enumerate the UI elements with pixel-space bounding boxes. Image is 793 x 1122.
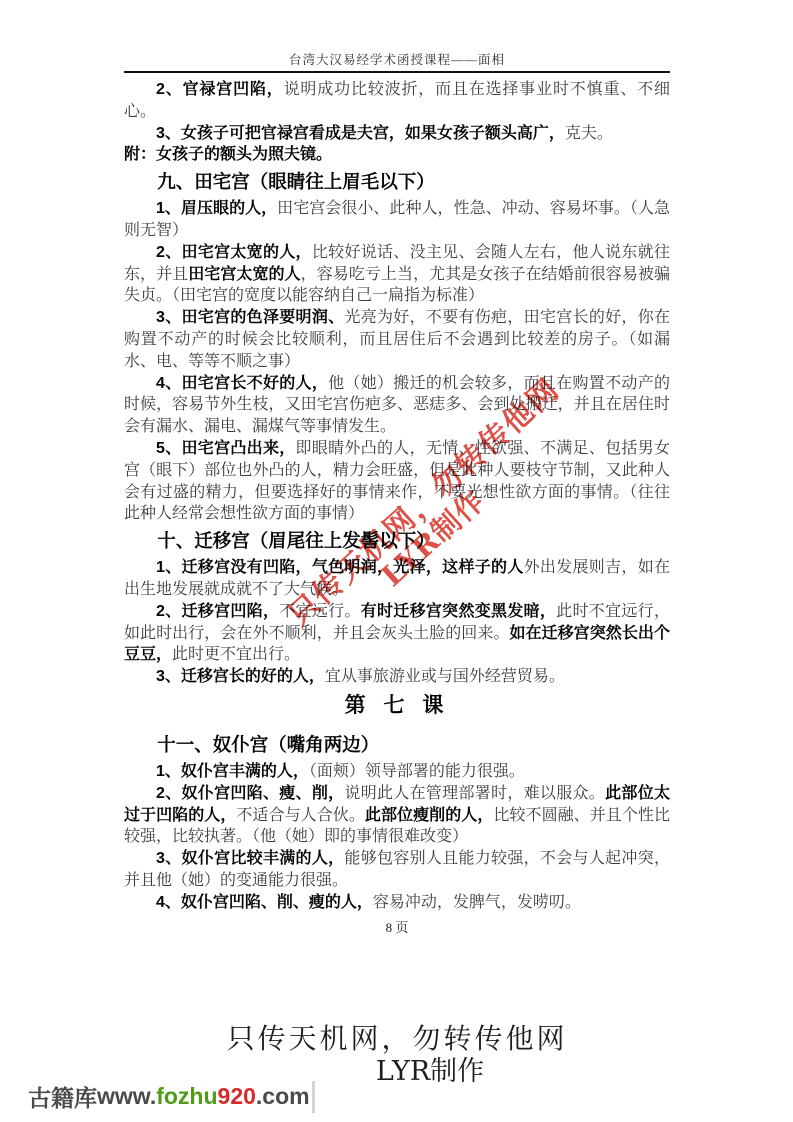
paragraph: 2、官禄宫凹陷，说明成功比较波折，而且在选择事业时不慎重、不细心。: [124, 79, 670, 123]
bold-text: 附：女孩子的额头为照夫镜。: [124, 146, 332, 163]
bold-text: 1、奴仆宫丰满的人，: [156, 763, 309, 780]
paragraph: 3、田宅宫的色泽要明润、光亮为好，不要有伤疤，田宅宫长的好，你在购置不动产的时候…: [124, 307, 670, 372]
paragraph: 4、奴仆宫凹陷、削、瘦的人，容易冲动，发脾气，发唠叨。: [124, 892, 670, 914]
bold-text: 3、田宅宫的色泽要明润、: [156, 309, 344, 326]
paragraph: 3、奴仆宫比较丰满的人，能够包容别人且能力较强，不会与人起冲突，并且他（她）的变…: [124, 848, 670, 892]
paragraph: 附：女孩子的额头为照夫镜。: [124, 144, 670, 166]
paragraph: 3、女孩子可把官禄宫看成是夫宫，如果女孩子额头高广，克夫。: [124, 123, 670, 145]
bold-text: 第 七 课: [345, 694, 450, 717]
paragraph: 2、奴仆宫凹陷、瘦、削，说明此人在管理部署时，难以服众。此部位太过于凹陷的人，不…: [124, 783, 670, 848]
bold-text: 有时迁移宫突然变黑发暗，: [361, 603, 557, 620]
footer-watermark: 只传天机网，勿转传他网 LYR制作: [124, 1022, 670, 1088]
header-divider: [124, 71, 670, 73]
site-logo-www: www.: [97, 1083, 156, 1110]
regular-text: 说明此人在管理部署时，难以服众。: [344, 785, 605, 802]
site-logo-tld: .com: [256, 1083, 310, 1110]
bold-text: 1、迁移宫没有凹陷，气色明润，光泽，这样子的人: [156, 559, 524, 576]
course-header-title: 台湾大汉易经学术函授课程——面相: [124, 50, 670, 68]
paragraph: 1、眉压眼的人，田宅宫会很小、此种人，性急、冲动、容易坏事。（人急则无智）: [124, 198, 670, 242]
bold-text: 2、迁移宫凹陷，: [156, 603, 279, 620]
page-content: 台湾大汉易经学术函授课程——面相 2、官禄宫凹陷，说明成功比较波折，而且在选择事…: [124, 50, 670, 936]
regular-text: 宜从事旅游业或与国外经营贸易。: [325, 668, 565, 685]
section-heading: 十一、奴仆宫（嘴角两边）: [124, 733, 670, 757]
paragraph: 2、田宅宫太宽的人，比较好说话、没主见、会随人左右，他人说东就往东，并且田宅宫太…: [124, 242, 670, 307]
bold-text: 5、田宅宫凸出来，: [156, 440, 296, 457]
footer-watermark-line1: 只传天机网，勿转传他网: [124, 1022, 670, 1056]
bold-text: 4、田宅宫长不好的人，: [156, 375, 328, 392]
regular-text: （面颊）领导部署的能力很强。: [309, 763, 525, 780]
site-logo[interactable]: 古籍库 www.fozhu920.com: [28, 1080, 315, 1113]
paragraph: 1、迁移宫没有凹陷，气色明润，光泽，这样子的人外出发展则吉，如在出生地发展就成就…: [124, 557, 670, 601]
paragraph: 2、迁移宫凹陷，不宜远行。有时迁移宫突然变黑发暗，此时不宜远行，如此时出行，会在…: [124, 601, 670, 666]
paragraph: 1、奴仆宫丰满的人，（面颊）领导部署的能力很强。: [124, 761, 670, 783]
site-logo-domain-red: 920: [218, 1083, 256, 1110]
section-heading: 十、迁移宫（眉尾往上发髻以下）: [124, 529, 670, 553]
document-body: 2、官禄宫凹陷，说明成功比较波折，而且在选择事业时不慎重、不细心。3、女孩子可把…: [124, 79, 670, 914]
page-number: 8 页: [124, 917, 670, 936]
regular-text: 不宜远行。: [279, 603, 360, 620]
bold-text: 3、奴仆宫比较丰满的人，: [156, 850, 344, 867]
site-logo-name: 古籍库: [28, 1080, 97, 1113]
bold-text: 九、田宅宫（眼睛往上眉毛以下）: [157, 171, 435, 192]
bold-text: 十、迁移宫（眉尾往上发髻以下）: [157, 530, 435, 551]
site-logo-domain-green: fozhu: [156, 1083, 217, 1110]
bold-text: 十一、奴仆宫（嘴角两边）: [157, 734, 379, 755]
regular-text: 克夫。: [565, 125, 613, 142]
bold-text: 田宅宫太宽的人: [188, 266, 300, 283]
bold-text: 此部位瘦削的人，: [365, 807, 493, 824]
document-page: 台湾大汉易经学术函授课程——面相 2、官禄宫凹陷，说明成功比较波折，而且在选择事…: [0, 0, 793, 1122]
regular-text: 此时更不宜出行。: [172, 646, 300, 663]
paragraph: 5、田宅宫凸出来，即眼睛外凸的人，无情、性欲强、不满足、包括男女宫（眼下）部位也…: [124, 438, 670, 525]
paragraph: 4、田宅宫长不好的人，他（她）搬迁的机会较多，而且在购置不动产的时候，容易节外生…: [124, 373, 670, 438]
section-heading: 九、田宅宫（眼睛往上眉毛以下）: [124, 170, 670, 194]
regular-text: 容易冲动，发脾气，发唠叨。: [373, 894, 581, 911]
bold-text: 3、女孩子可把官禄宫看成是夫宫，如果女孩子额头高广，: [156, 125, 565, 142]
paragraph: 3、迁移宫长的好的人，宜从事旅游业或与国外经营贸易。: [124, 666, 670, 688]
regular-text: 不适合与人合伙。: [236, 807, 364, 824]
bold-text: 2、官禄宫凹陷，: [156, 81, 284, 98]
bold-text: 2、奴仆宫凹陷、瘦、削，: [156, 785, 344, 802]
bold-text: 3、迁移宫长的好的人，: [156, 668, 325, 685]
lesson-title: 第 七 课: [124, 693, 670, 719]
bold-text: 1、眉压眼的人，: [156, 200, 277, 217]
cursor-bar: [312, 1081, 315, 1113]
bold-text: 2、田宅宫太宽的人，: [156, 244, 312, 261]
bold-text: 4、奴仆宫凹陷、削、瘦的人，: [156, 894, 373, 911]
